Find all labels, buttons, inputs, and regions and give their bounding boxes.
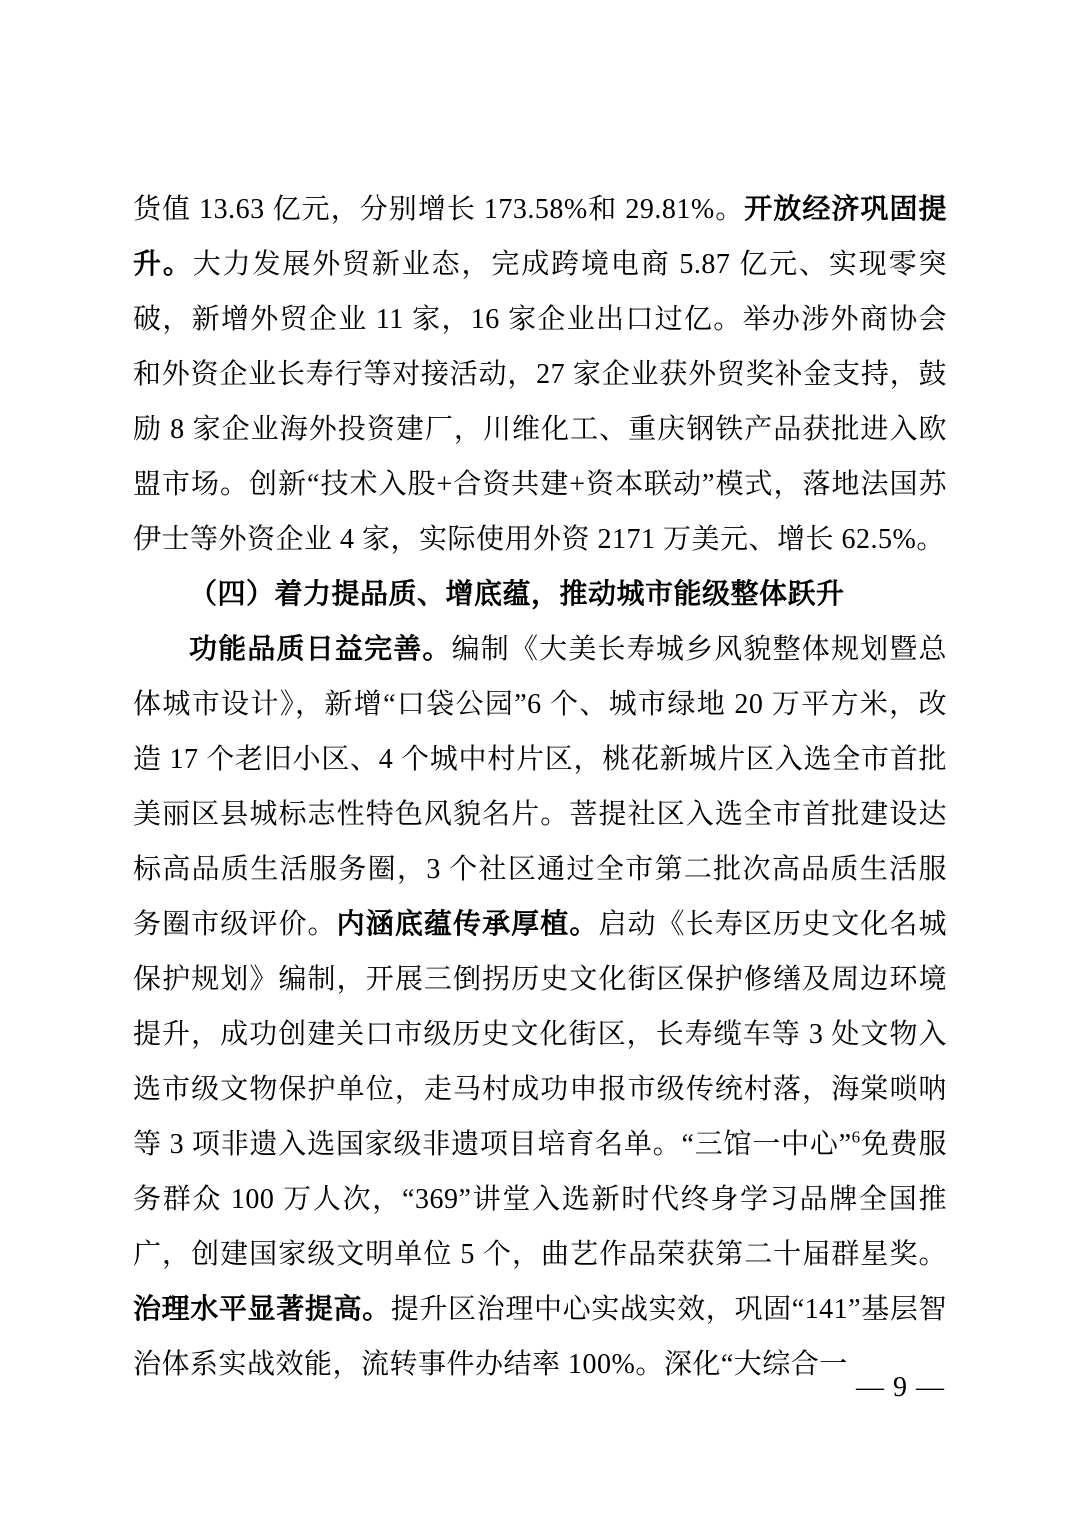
- emphasis-text: 功能品质日益完善。: [189, 634, 452, 665]
- body-text: 启动《长寿区历史文化名城保护规划》编制，开展三倒拐历史文化街区保护修缮及周边环境…: [133, 909, 947, 1160]
- paragraph-open-economy: 货值 13.63 亿元，分别增长 173.58%和 29.81%。开放经济巩固提…: [133, 182, 947, 567]
- emphasis-text: 内涵底蕴传承厚植。: [337, 909, 599, 940]
- paragraph-city-quality: 功能品质日益完善。编制《大美长寿城乡风貌整体规划暨总体城市设计》，新增“口袋公园…: [133, 622, 947, 1392]
- body-text: 货值 13.63 亿元，分别增长 173.58%和 29.81%。: [133, 194, 744, 225]
- emphasis-text: （四）着力提品质、增底蕴，推动城市能级整体跃升: [189, 579, 845, 610]
- emphasis-text: 治理水平显著提高。: [133, 1294, 391, 1325]
- body-text: 编制《大美长寿城乡风貌整体规划暨总体城市设计》，新增“口袋公园”6 个、城市绿地…: [133, 634, 947, 940]
- section-heading-four: （四）着力提品质、增底蕴，推动城市能级整体跃升: [133, 567, 947, 622]
- page-number: — 9 —: [856, 1368, 945, 1408]
- document-page: 货值 13.63 亿元，分别增长 173.58%和 29.81%。开放经济巩固提…: [0, 0, 1074, 1520]
- body-text: 大力发展外贸新业态，完成跨境电商 5.87 亿元、实现零突破，新增外贸企业 11…: [133, 249, 947, 555]
- text-block: 货值 13.63 亿元，分别增长 173.58%和 29.81%。开放经济巩固提…: [133, 182, 947, 1392]
- footnote-marker: 6: [852, 1128, 861, 1147]
